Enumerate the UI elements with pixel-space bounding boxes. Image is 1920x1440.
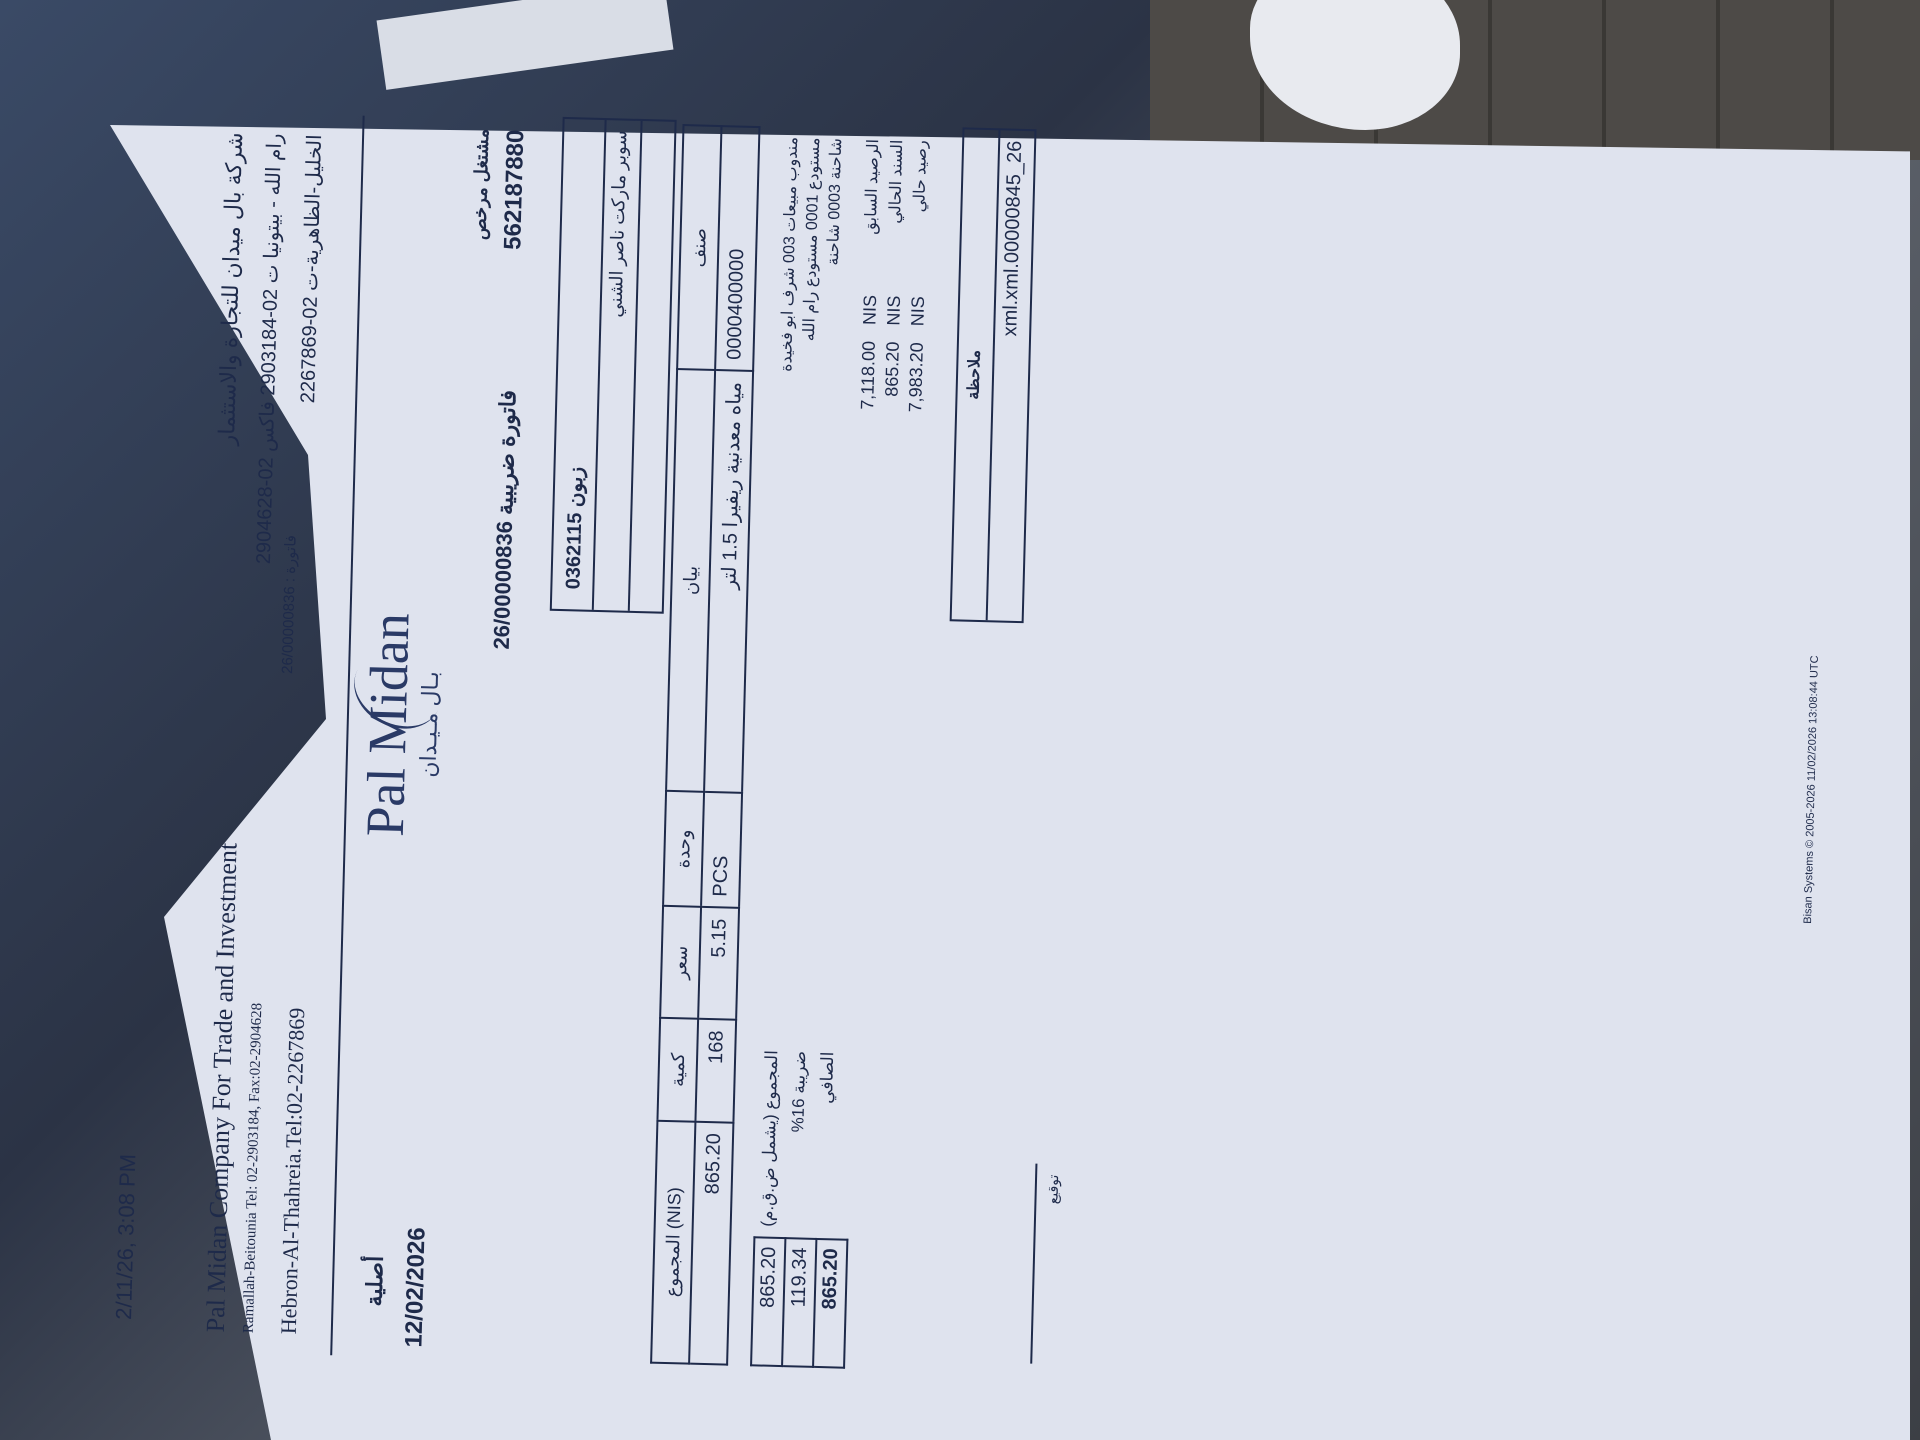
balance-label: السند الحالي (883, 139, 911, 280)
notes-label: ملاحظة (952, 129, 1001, 620)
company-address-en-2: Hebron-Al-Thahreia.Tel:02-2267869 (276, 1007, 311, 1334)
invoice-date: 12/02/2026 (400, 1227, 431, 1348)
copy-label: أصلية (361, 1256, 388, 1307)
balance-value: 7,118.00 (855, 341, 881, 410)
company-name-ar: شركة بال ميدان للتجارة والاستثمار (214, 132, 248, 446)
notes-value: xml.xml.00000845_26 (999, 140, 1027, 336)
signature-label: توقيع (1044, 1174, 1062, 1204)
totals-table: 865.20 119.34 865.20 (750, 1236, 848, 1368)
company-logo: Pal Midan (354, 612, 422, 837)
row-price: 5.15 (698, 907, 739, 1020)
licensed-number: 562187880 (499, 129, 530, 250)
invoice-sheet: 2/11/26, 3:08 PM Pal Midan Company For T… (130, 100, 1882, 1405)
balance-value: 7,983.20 (903, 342, 929, 413)
company-address-ar-1: رام الله - بيتونيا ت 02-2903184 فاكس 02-… (251, 133, 287, 564)
balances: 7,118.00 NIS الرصيد السابق 865.20 NIS ال… (855, 139, 934, 413)
header-unit: وحدة (663, 790, 704, 907)
vat-value: 119.34 (782, 1238, 816, 1367)
background-paper (377, 0, 674, 90)
footer: Bisan Systems © 2005-2026 11/02/2026 13:… (1802, 655, 1821, 924)
balance-currency: NIS (881, 295, 906, 326)
row-unit: PCS (701, 791, 742, 908)
truck: شاحنة 0003 شاحنة (820, 138, 848, 373)
sales-info: مندوب مبيعات 003 شرف ابو فخيدة مستودع 00… (776, 137, 848, 374)
company-address-ar-2: الخليل-الظاهرية-ت 02-2267869 (295, 134, 327, 403)
balance-currency: NIS (905, 296, 930, 327)
invoice-reference: فاتورة : 26/00000836 (278, 535, 300, 674)
balance-label: الرصيد السابق (859, 139, 887, 280)
company-name-en: Pal Midan Company For Trade and Investme… (201, 842, 244, 1332)
header-quantity: كمية (657, 1018, 698, 1122)
header-price: سعر (660, 906, 701, 1019)
customer-name: سوبر ماركت ناصر الشني (605, 130, 631, 318)
print-timestamp: 2/11/26, 3:08 PM (111, 1154, 141, 1321)
company-logo-ar: بـال مـيـدان (415, 671, 444, 778)
licensed-label: مشتغل مرخص (469, 129, 493, 241)
balance-label: رصيد حالي (907, 140, 935, 281)
row-total: 865.20 (689, 1122, 733, 1365)
net-value: 865.20 (813, 1239, 847, 1368)
row-quantity: 168 (695, 1019, 736, 1123)
net-label: الصافي (810, 1051, 843, 1228)
header-total: المجموع (NIS) (651, 1121, 695, 1364)
invoice-title: فاتورة ضريبية 26/00000836 (489, 390, 522, 650)
row-item-code: 0000400000 (715, 126, 759, 371)
subtotal-label: المجموع (يشمل ض.ق.م) (754, 1050, 787, 1227)
subtotal-value: 865.20 (751, 1237, 785, 1366)
customer-box: زبون 0362115 سوبر ماركت ناصر الشني (550, 117, 677, 614)
header-item-code: صنف (677, 125, 721, 370)
company-address-en-1: Ramallah-Beitounia Tel: 02-2903184, Fax:… (241, 1003, 267, 1334)
notes-box: ملاحظة xml.xml.00000845_26 (950, 127, 1037, 623)
balance-value: 865.20 (879, 341, 904, 397)
balance-currency: NIS (857, 295, 882, 326)
customer-code: زبون 0362115 (560, 466, 588, 589)
totals-labels: المجموع (يشمل ض.ق.م) ضريبة 16% الصافي (754, 1050, 843, 1229)
signature-line (1030, 1164, 1037, 1364)
